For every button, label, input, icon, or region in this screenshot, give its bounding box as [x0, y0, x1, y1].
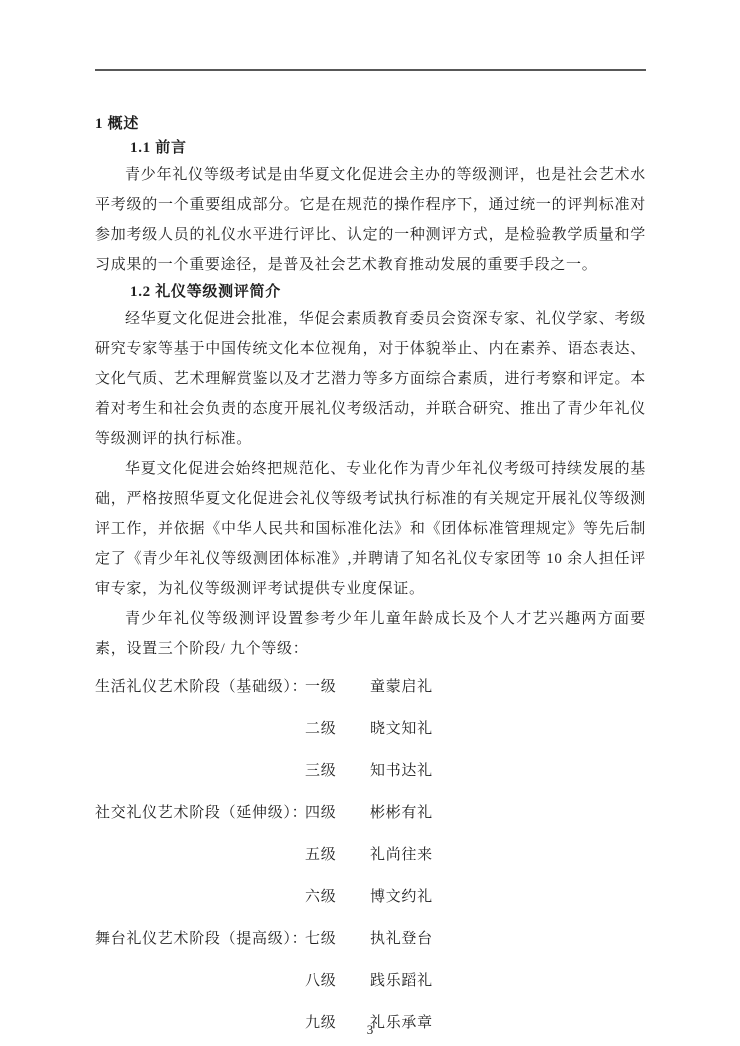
stage-label: 生活礼仪艺术阶段（基础级）： — [95, 675, 305, 696]
chapter-heading: 1 概述 — [95, 112, 646, 136]
section-heading-foreword: 1.1 前言 — [95, 136, 646, 160]
level-row: 社交礼仪艺术阶段（延伸级）： 四级 彬彬有礼 — [95, 790, 646, 832]
stage-label: 舞台礼仪艺术阶段（提高级）： — [95, 927, 305, 948]
level-row: 五级 礼尚往来 — [95, 832, 646, 874]
level-name: 彬彬有礼 — [370, 801, 646, 822]
level-row: 二级 晓文知礼 — [95, 706, 646, 748]
level-name: 晓文知礼 — [370, 717, 646, 738]
grade-label: 四级 — [305, 801, 370, 822]
paragraph-intro-1: 经华夏文化促进会批准，华促会素质教育委员会资深专家、礼仪学家、考级研究专家等基于… — [95, 304, 646, 454]
grade-label: 七级 — [305, 927, 370, 948]
level-name: 践乐蹈礼 — [370, 969, 646, 990]
level-row: 生活礼仪艺术阶段（基础级）： 一级 童蒙启礼 — [95, 664, 646, 706]
level-row: 六级 博文约礼 — [95, 874, 646, 916]
level-name: 执礼登台 — [370, 927, 646, 948]
document-page: 1 概述 1.1 前言 青少年礼仪等级考试是由华夏文化促进会主办的等级测评，也是… — [0, 0, 740, 1046]
grade-label: 二级 — [305, 717, 370, 738]
level-name: 童蒙启礼 — [370, 675, 646, 696]
grade-label: 三级 — [305, 759, 370, 780]
grade-label: 八级 — [305, 969, 370, 990]
level-row: 舞台礼仪艺术阶段（提高级）： 七级 执礼登台 — [95, 916, 646, 958]
level-name: 知书达礼 — [370, 759, 646, 780]
page-number: 3 — [0, 1022, 740, 1038]
header-rule-divider — [95, 69, 646, 71]
stage-label: 社交礼仪艺术阶段（延伸级）： — [95, 801, 305, 822]
grade-label: 五级 — [305, 843, 370, 864]
paragraph-intro-3: 青少年礼仪等级测评设置参考少年儿童年龄成长及个人才艺兴趣两方面要素，设置三个阶段… — [95, 604, 646, 664]
section-heading-intro: 1.2 礼仪等级测评简介 — [95, 280, 646, 304]
grade-label: 一级 — [305, 675, 370, 696]
paragraph-foreword: 青少年礼仪等级考试是由华夏文化促进会主办的等级测评，也是社会艺术水平考级的一个重… — [95, 160, 646, 280]
level-list: 生活礼仪艺术阶段（基础级）： 一级 童蒙启礼 二级 晓文知礼 三级 知书达礼 社… — [95, 664, 646, 1042]
level-name: 礼尚往来 — [370, 843, 646, 864]
level-row: 八级 践乐蹈礼 — [95, 958, 646, 1000]
level-name: 博文约礼 — [370, 885, 646, 906]
level-row: 三级 知书达礼 — [95, 748, 646, 790]
document-content: 1 概述 1.1 前言 青少年礼仪等级考试是由华夏文化促进会主办的等级测评，也是… — [95, 112, 646, 1042]
grade-label: 六级 — [305, 885, 370, 906]
paragraph-intro-2: 华夏文化促进会始终把规范化、专业化作为青少年礼仪考级可持续发展的基础，严格按照华… — [95, 454, 646, 604]
